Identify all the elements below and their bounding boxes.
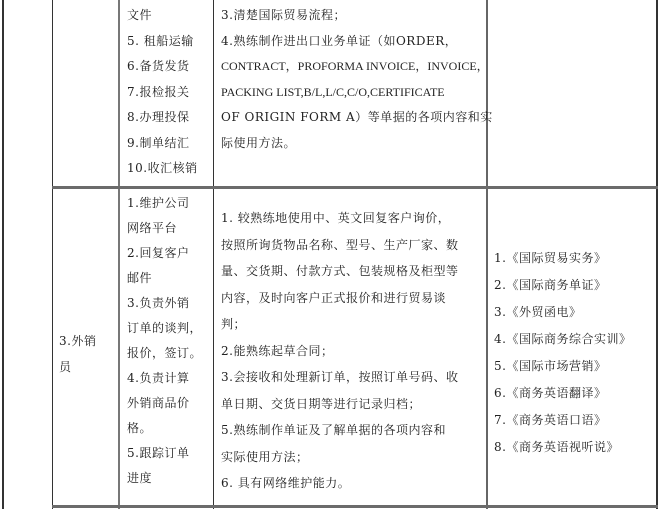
- ability-line: 1. 较熟练地使用中、英文回复客户询价，: [221, 205, 459, 232]
- course-item: 3.《外贸函电》: [494, 299, 631, 326]
- course-item: 4.《国际商务综合实训》: [494, 326, 631, 353]
- course-item: 6.《商务英语翻译》: [494, 380, 631, 407]
- ability-line: 按照所询货物品名称、型号、生产厂家、数: [221, 232, 459, 259]
- task-line: 10.收汇核销: [127, 156, 198, 182]
- ability-line: 量、交货期、付款方式、包装规格及柜型等: [221, 258, 459, 285]
- ability-line: 实际使用方法；: [221, 444, 459, 471]
- course-item: 1.《国际贸易实务》: [494, 245, 631, 272]
- task-line: 3.负责外销: [127, 291, 202, 316]
- task-line: 2.回复客户: [127, 241, 202, 266]
- ability-line: 6. 具有网络维护能力。: [221, 470, 459, 497]
- course-item: 5.《国际市场营销》: [494, 353, 631, 380]
- position-line: 3.外销: [59, 329, 96, 355]
- ability-line: CONTRACT，PROFORMA INVOICE，INVOICE，: [221, 54, 493, 80]
- row-divider-bottom: [52, 505, 658, 508]
- task-line: 1.维护公司: [127, 191, 202, 216]
- task-line: 报价，签订。: [127, 341, 202, 366]
- ability-line: 内容，及时向客户正式报价和进行贸易谈: [221, 285, 459, 312]
- task-line: 7.报检报关: [127, 80, 198, 106]
- task-line: 9.制单结汇: [127, 131, 198, 157]
- column-divider-2: [118, 0, 120, 509]
- column-divider-3: [213, 0, 214, 509]
- abilities-cell-sales: 1. 较熟练地使用中、英文回复客户询价， 按照所询货物品名称、型号、生产厂家、数…: [221, 205, 459, 497]
- abilities-cell-top: 3.清楚国际贸易流程； 4.熟练制作进出口业务单证（如ORDER， CONTRA…: [221, 3, 493, 156]
- task-line: 订单的谈判，: [127, 316, 202, 341]
- task-line: 8.办理投保: [127, 105, 198, 131]
- ability-line: 单日期、交货日期等进行记录归档；: [221, 391, 459, 418]
- ability-line: 5.熟练制作单证及了解单据的各项内容和: [221, 417, 459, 444]
- ability-line: 2.能熟练起草合同；: [221, 338, 459, 365]
- column-divider-1: [52, 0, 53, 509]
- position-line: 员: [59, 355, 96, 381]
- ability-line: 3.清楚国际贸易流程；: [221, 3, 493, 29]
- ability-line: 判；: [221, 311, 459, 338]
- table-border-left: [2, 0, 4, 509]
- task-line: 进度: [127, 466, 202, 491]
- row-divider: [52, 186, 658, 189]
- task-line: 文件: [127, 3, 198, 29]
- ability-line: 3.会接收和处理新订单，按照订单号码、收: [221, 364, 459, 391]
- position-cell: 3.外销 员: [59, 329, 96, 380]
- task-line: 网络平台: [127, 216, 202, 241]
- ability-line: 4.熟练制作进出口业务单证（如ORDER，: [221, 29, 493, 55]
- task-line: 格。: [127, 416, 202, 441]
- courses-cell-sales: 1.《国际贸易实务》 2.《国际商务单证》 3.《外贸函电》 4.《国际商务综合…: [494, 245, 631, 461]
- course-item: 8.《商务英语视听说》: [494, 434, 631, 461]
- ability-line: OF ORIGIN FORM A）等单据的各项内容和实: [221, 105, 493, 131]
- task-line: 6.备货发货: [127, 54, 198, 80]
- task-line: 5.跟踪订单: [127, 441, 202, 466]
- tasks-cell-sales: 1.维护公司 网络平台 2.回复客户 邮件 3.负责外销 订单的谈判， 报价，签…: [127, 191, 202, 491]
- task-line: 外销商品价: [127, 391, 202, 416]
- ability-line: 际使用方法。: [221, 131, 493, 157]
- task-line: 邮件: [127, 266, 202, 291]
- course-item: 2.《国际商务单证》: [494, 272, 631, 299]
- tasks-cell-top: 文件 5. 租船运输 6.备货发货 7.报检报关 8.办理投保 9.制单结汇 1…: [127, 3, 198, 182]
- task-line: 5. 租船运输: [127, 29, 198, 55]
- course-item: 7.《商务英语口语》: [494, 407, 631, 434]
- task-line: 4.负责计算: [127, 366, 202, 391]
- ability-line: PACKING LIST,B/L,L/C,C/O,CERTIFICATE: [221, 80, 493, 106]
